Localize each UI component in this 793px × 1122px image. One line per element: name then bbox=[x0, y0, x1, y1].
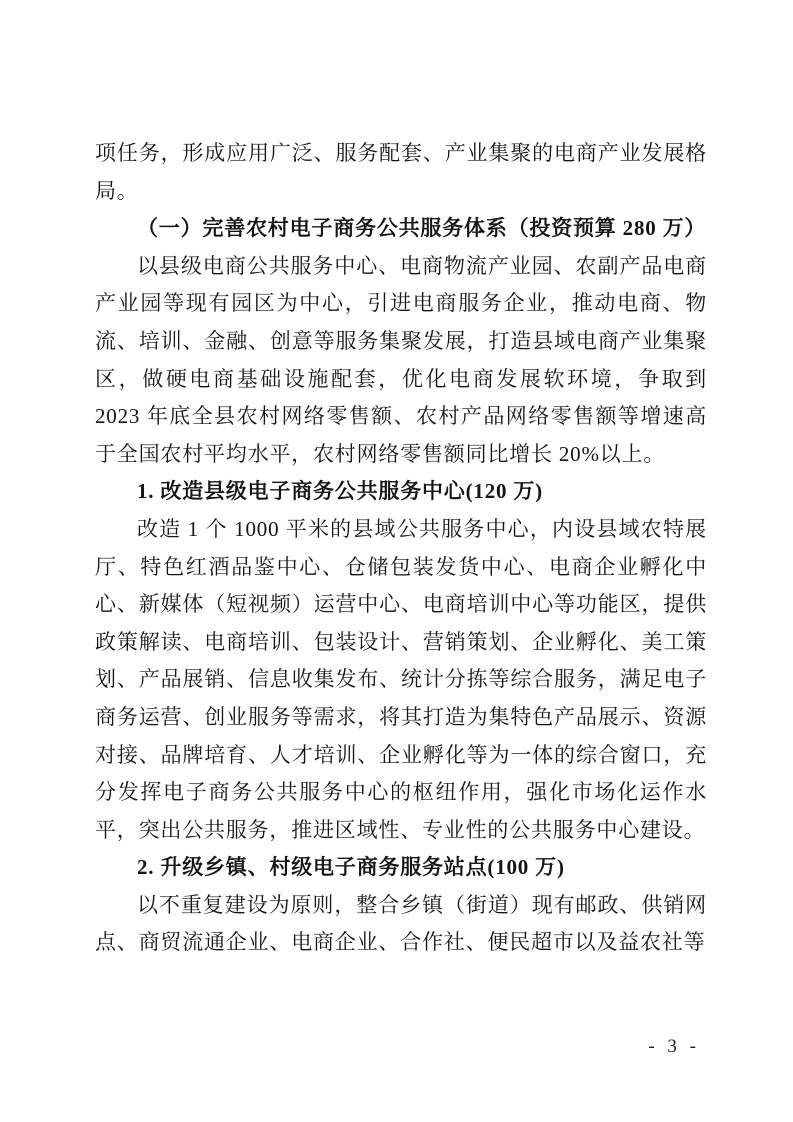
paragraph-continuation: 项任务，形成应用广泛、服务配套、产业集聚的电商产业发展格局。 bbox=[95, 135, 707, 210]
paragraph-subsection-2: 以不重复建设为原则，整合乡镇（街道）现有邮政、供销网点、商贸流通企业、电商企业、… bbox=[95, 887, 707, 962]
subsection-heading-1: 1. 改造县级电子商务公共服务中心(120 万) bbox=[95, 473, 707, 511]
document-content: 项任务，形成应用广泛、服务配套、产业集聚的电商产业发展格局。 （一）完善农村电子… bbox=[95, 135, 707, 962]
paragraph-subsection-1: 改造 1 个 1000 平米的县域公共服务中心，内设县域农特展厅、特色红酒品鉴中… bbox=[95, 511, 707, 849]
page-number: - 3 - bbox=[648, 1036, 697, 1058]
document-page: 项任务，形成应用广泛、服务配套、产业集聚的电商产业发展格局。 （一）完善农村电子… bbox=[0, 0, 793, 1122]
subsection-heading-2: 2. 升级乡镇、村级电子商务服务站点(100 万) bbox=[95, 849, 707, 887]
section-heading-1: （一）完善农村电子商务公共服务体系（投资预算 280 万） bbox=[95, 210, 707, 248]
paragraph-overview: 以县级电商公共服务中心、电商物流产业园、农副产品电商产业园等现有园区为中心，引进… bbox=[95, 248, 707, 474]
